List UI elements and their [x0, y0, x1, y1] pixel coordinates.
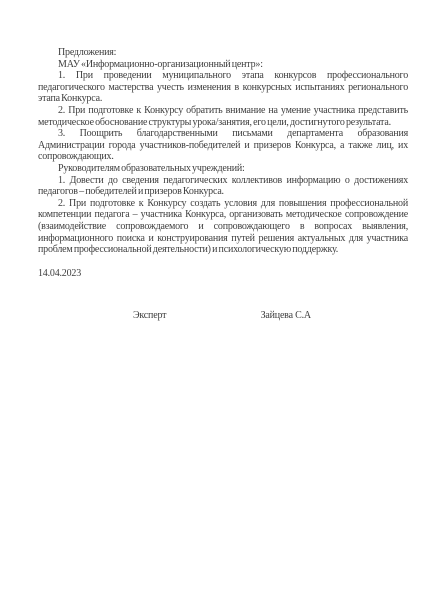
text-line: Администрации города участников-победите…: [38, 140, 408, 152]
text-line: 2. При подготовке к Конкурсу обратить вн…: [38, 105, 408, 117]
paragraph: 3. Поощрить благодарственными письмами д…: [38, 128, 408, 163]
text-line: МАУ «Информационно-организационный центр…: [38, 59, 408, 71]
paragraph: 1. Довести до сведения педагогических ко…: [38, 175, 408, 198]
signature-row: Эксперт Зайцева С.А: [0, 310, 424, 322]
text-line: 3. Поощрить благодарственными письмами д…: [38, 128, 408, 140]
paragraph: 2. При подготовке к Конкурсу обратить вн…: [38, 105, 408, 128]
paragraph: 1. При проведении муниципального этапа к…: [38, 70, 408, 105]
text-line: Предложения:: [38, 47, 408, 59]
paragraph: МАУ «Информационно-организационный центр…: [38, 59, 408, 71]
text-line: сопровождающих.: [38, 151, 408, 163]
text-line: проблем профессиональной деятельности) и…: [38, 244, 408, 256]
signature-role: Эксперт: [133, 310, 166, 321]
paragraph: Руководителям образовательных учреждений…: [38, 163, 408, 175]
document-body: Предложения:МАУ «Информационно-организац…: [0, 0, 424, 256]
text-line: Руководителям образовательных учреждений…: [38, 163, 408, 175]
paragraph: 2. При подготовке к Конкурсу создать усл…: [38, 198, 408, 256]
text-line: педагогического мастерства учесть измене…: [38, 82, 408, 94]
text-line: информационного поиска и конструирования…: [38, 233, 408, 245]
text-line: этапа Конкурса.: [38, 93, 408, 105]
text-line: 1. При проведении муниципального этапа к…: [38, 70, 408, 82]
text-line: педагогов – победителей и призеров Конку…: [38, 186, 408, 198]
signature-name: Зайцева С.А: [261, 310, 311, 321]
text-line: (взаимодействие сопровождаемого и сопров…: [38, 221, 408, 233]
text-line: компетенции педагога – участника Конкурс…: [38, 209, 408, 221]
text-line: 2. При подготовке к Конкурсу создать усл…: [38, 198, 408, 210]
text-line: методическое обоснование структуры урока…: [38, 117, 408, 129]
document-page: Предложения:МАУ «Информационно-организац…: [0, 0, 424, 600]
paragraph: Предложения:: [38, 47, 408, 59]
date-text: 14.04.2023: [38, 268, 424, 280]
text-line: 1. Довести до сведения педагогических ко…: [38, 175, 408, 187]
